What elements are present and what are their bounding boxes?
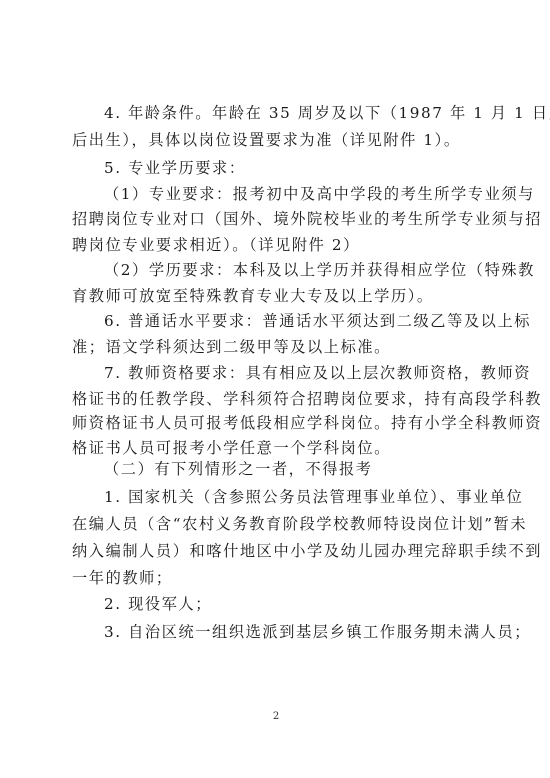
text-line: 在编人员（含“农村义务教育阶段学校教师特设岗位计划”暂未 bbox=[72, 512, 478, 536]
text-line: （1）专业要求：报考初中及高中学段的考生所学专业须与 bbox=[104, 182, 478, 206]
text-line: 师资格证书人员可报考低段相应学科岗位。持有小学全科教师资 bbox=[72, 411, 478, 435]
text-line: 准；语文学科须达到二级甲等及以上标准。 bbox=[72, 335, 478, 359]
text-line: 招聘岗位专业对口（国外、境外院校毕业的考生所学专业须与招 bbox=[72, 207, 478, 231]
text-line: 1. 国家机关（含参照公务员法管理事业单位）、事业单位 bbox=[104, 485, 478, 509]
text-line: 5. 专业学历要求： bbox=[104, 156, 478, 180]
text-line: 后出生），具体以岗位设置要求为准（详见附件 1）。 bbox=[72, 128, 478, 152]
text-line: 一年的教师； bbox=[72, 566, 478, 590]
text-line: 纳入编制人员）和喀什地区中小学及幼儿园办理完辞职手续不到 bbox=[72, 539, 478, 563]
page-number: 2 bbox=[270, 709, 282, 725]
text-line: 2. 现役军人； bbox=[104, 592, 478, 616]
document-page: 4. 年龄条件。年龄在 35 周岁及以下（1987 年 1 月 1 日及以 后出… bbox=[0, 0, 550, 778]
text-line: 4. 年龄条件。年龄在 35 周岁及以下（1987 年 1 月 1 日及以 bbox=[104, 101, 478, 125]
text-line: 3. 自治区统一组织选派到基层乡镇工作服务期未满人员； bbox=[104, 620, 478, 644]
text-line: 6. 普通话水平要求：普通话水平须达到二级乙等及以上标 bbox=[104, 309, 478, 333]
text-line: 格证书的任教学段、学科须符合招聘岗位要求，持有高段学科教 bbox=[72, 387, 478, 411]
section-heading: （二）有下列情形之一者，不得报考 bbox=[104, 457, 478, 481]
text-line: 育教师可放宽至特殊教育专业大专及以上学历）。 bbox=[72, 284, 478, 308]
text-line: 7. 教师资格要求：具有相应及以上层次教师资格，教师资 bbox=[104, 361, 478, 385]
text-line: （2）学历要求：本科及以上学历并获得相应学位（特殊教 bbox=[104, 258, 478, 282]
text-line: 聘岗位专业要求相近）。（详见附件 2） bbox=[72, 233, 478, 257]
